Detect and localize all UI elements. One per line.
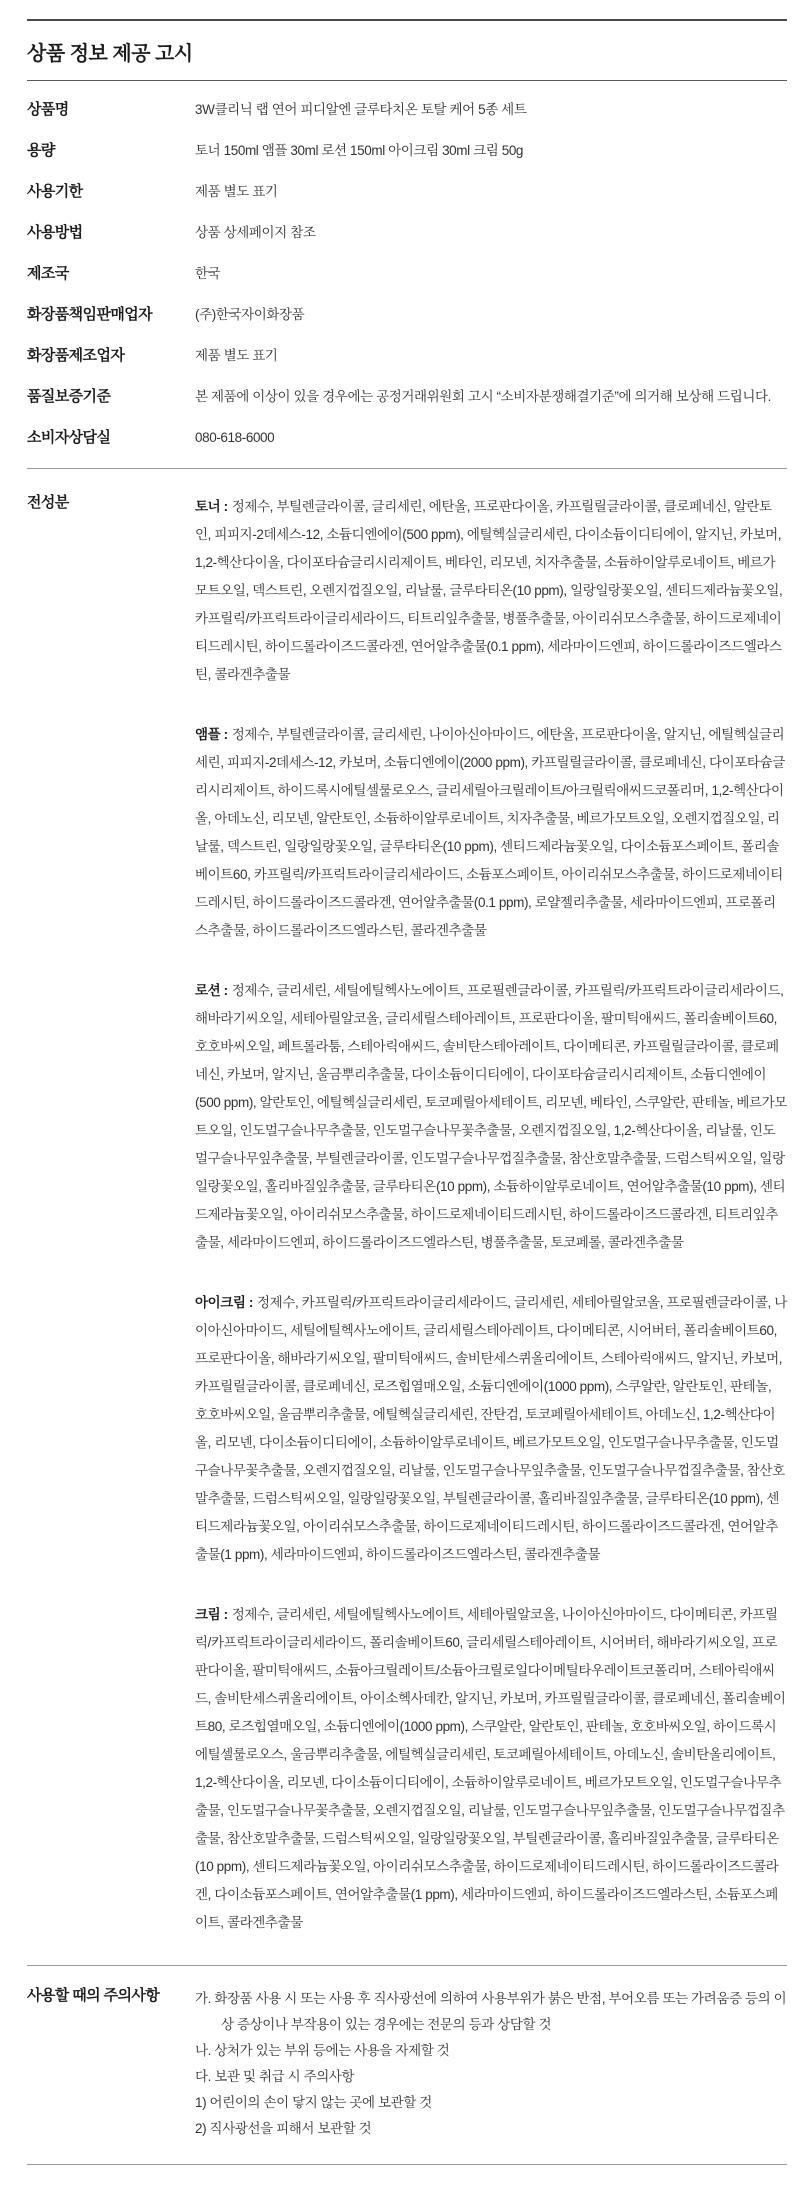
- row-label: 화장품제조업자: [27, 346, 195, 365]
- row-label: 품질보증기준: [27, 387, 195, 406]
- row-value: 080-618-6000: [195, 428, 787, 447]
- row-label: 화장품책임판매업자: [27, 305, 195, 324]
- ingredients-body: 토너 :정제수, 부틸렌글라이콜, 글리세린, 에탄올, 프로판다이올, 카프릴…: [195, 493, 787, 1937]
- caution-body: 가. 화장품 사용 시 또는 사용 후 직사광선에 의하여 사용부위가 붉은 반…: [195, 1986, 787, 2142]
- row-value: 상품 상세페이지 참조: [195, 223, 787, 242]
- row-value: (주)한국자이화장품: [195, 305, 787, 324]
- caution-line: 나. 상처가 있는 부위 등에는 사용을 자제할 것: [195, 2038, 787, 2064]
- caution-line: 가. 화장품 사용 시 또는 사용 후 직사광선에 의하여 사용부위가 붉은 반…: [195, 1986, 787, 2038]
- info-row-seller: 화장품책임판매업자 (주)한국자이화장품: [27, 294, 787, 335]
- row-value: 토너 150ml 앰플 30ml 로션 150ml 아이크림 30ml 크림 5…: [195, 141, 787, 160]
- row-label: 사용방법: [27, 223, 195, 242]
- caution-line: 2) 직사광선을 피해서 보관할 것: [195, 2116, 787, 2142]
- ingredient-paragraph-ampoule: 앰플 :정제수, 부틸렌글라이콜, 글리세린, 나이아신아마이드, 에탄올, 프…: [195, 721, 787, 945]
- product-info-notice-table: 상품 정보 제공 고시 상품명 3W클리닉 랩 연어 피디알엔 글루타치온 토탈…: [27, 19, 787, 2165]
- info-row-usage: 사용방법 상품 상세페이지 참조: [27, 212, 787, 253]
- ingredient-paragraph-toner: 토너 :정제수, 부틸렌글라이콜, 글리세린, 에탄올, 프로판다이올, 카프릴…: [195, 493, 787, 689]
- row-value: 한국: [195, 264, 787, 283]
- row-label: 상품명: [27, 100, 195, 119]
- ingredient-list-text: 정제수, 카프릴릭/카프릭트라이글리세라이드, 글리세린, 세테아릴알코올, 프…: [195, 1295, 787, 1562]
- ingredients-section: 전성분 토너 :정제수, 부틸렌글라이콜, 글리세린, 에탄올, 프로판다이올,…: [27, 469, 787, 1965]
- ingredient-paragraph-lotion: 로션 :정제수, 글리세린, 세틸에틸헥사노에이트, 프로필렌글라이콜, 카프릴…: [195, 977, 787, 1257]
- info-row-manufacturer: 화장품제조업자 제품 별도 표기: [27, 335, 787, 376]
- ingredient-paragraph-cream: 크림 :정제수, 글리세린, 세틸에틸헥사노에이트, 세테아릴알코올, 나이아신…: [195, 1601, 787, 1937]
- ingredient-list-text: 정제수, 부틸렌글라이콜, 글리세린, 나이아신아마이드, 에탄올, 프로판다이…: [195, 727, 785, 938]
- ingredient-paragraph-eye-cream: 아이크림 :정제수, 카프릴릭/카프릭트라이글리세라이드, 글리세린, 세테아릴…: [195, 1289, 787, 1569]
- ingredient-product-name: 토너 :: [195, 499, 228, 514]
- ingredient-product-name: 아이크림 :: [195, 1295, 253, 1310]
- ingredient-list-text: 정제수, 글리세린, 세틸에틸헥사노에이트, 세테아릴알코올, 나이아신아마이드…: [195, 1607, 785, 1930]
- info-row-warranty: 품질보증기준 본 제품에 이상이 있을 경우에는 공정거래위원회 고시 “소비자…: [27, 376, 787, 417]
- row-value: 3W클리닉 랩 연어 피디알엔 글루타치온 토탈 케어 5종 세트: [195, 100, 787, 119]
- row-label: 사용기한: [27, 182, 195, 201]
- caution-line: 1) 어린이의 손이 닿지 않는 곳에 보관할 것: [195, 2090, 787, 2116]
- info-row-customer-service: 소비자상담실 080-618-6000: [27, 417, 787, 458]
- row-label: 제조국: [27, 264, 195, 283]
- ingredients-label: 전성분: [27, 493, 195, 512]
- ingredient-product-name: 로션 :: [195, 983, 228, 998]
- info-rows: 상품명 3W클리닉 랩 연어 피디알엔 글루타치온 토탈 케어 5종 세트 용량…: [27, 81, 787, 468]
- ingredient-list-text: 정제수, 부틸렌글라이콜, 글리세린, 에탄올, 프로판다이올, 카프릴릴글라이…: [195, 499, 782, 682]
- caution-label: 사용할 때의 주의사항: [27, 1986, 195, 2005]
- info-row-product-name: 상품명 3W클리닉 랩 연어 피디알엔 글루타치온 토탈 케어 5종 세트: [27, 89, 787, 130]
- row-label: 용량: [27, 141, 195, 160]
- ingredient-list-text: 정제수, 글리세린, 세틸에틸헥사노에이트, 프로필렌글라이콜, 카프릴릭/카프…: [195, 983, 787, 1250]
- page-title: 상품 정보 제공 고시: [27, 21, 787, 81]
- bottom-divider: [27, 2164, 787, 2165]
- product-info-page: 상품 정보 제공 고시 상품명 3W클리닉 랩 연어 피디알엔 글루타치온 토탈…: [0, 0, 800, 2193]
- info-row-volume: 용량 토너 150ml 앰플 30ml 로션 150ml 아이크림 30ml 크…: [27, 130, 787, 171]
- row-value: 제품 별도 표기: [195, 346, 787, 365]
- caution-line: 다. 보관 및 취급 시 주의사항: [195, 2064, 787, 2090]
- ingredient-product-name: 크림 :: [195, 1607, 228, 1622]
- info-row-country: 제조국 한국: [27, 253, 787, 294]
- caution-section: 사용할 때의 주의사항 가. 화장품 사용 시 또는 사용 후 직사광선에 의하…: [27, 1966, 787, 2164]
- info-row-expiry: 사용기한 제품 별도 표기: [27, 171, 787, 212]
- row-label: 소비자상담실: [27, 428, 195, 447]
- row-value: 제품 별도 표기: [195, 182, 787, 201]
- ingredient-product-name: 앰플 :: [195, 727, 228, 742]
- row-value: 본 제품에 이상이 있을 경우에는 공정거래위원회 고시 “소비자분쟁해결기준”…: [195, 387, 787, 406]
